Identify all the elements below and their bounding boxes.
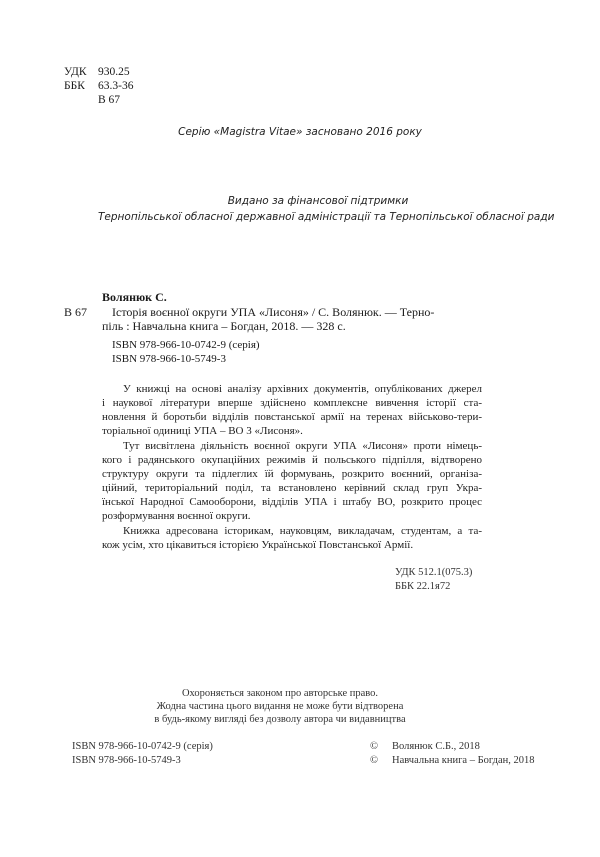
- author-mark-row: В 67: [64, 93, 133, 107]
- annotation-line: Тут висвітлена діяльність воєнної округи…: [123, 439, 482, 453]
- copyright-notice-line-3: в будь-якому вигляді без дозволу автора …: [130, 713, 430, 726]
- support-note-line-2: Тернопільської обласної державної адміні…: [98, 209, 538, 225]
- bbk-value: 63.3-36: [98, 79, 133, 93]
- copyright-notice: Охороняється законом про авторське право…: [130, 687, 430, 726]
- bottom-isbn-series: ISBN 978-966-10-0742-9 (серія): [72, 740, 213, 754]
- copyright-author: Волянюк С.Б., 2018: [392, 741, 480, 752]
- bottom-copyright-block: ©Волянюк С.Б., 2018 ©Навчальна книга – Б…: [370, 740, 535, 768]
- copyright-publisher-row: ©Навчальна книга – Богдан, 2018: [370, 754, 535, 768]
- copyright-notice-line-1: Охороняється законом про авторське право…: [130, 687, 430, 700]
- bottom-isbn-block: ISBN 978-966-10-0742-9 (серія) ISBN 978-…: [72, 740, 213, 768]
- copyright-icon: ©: [370, 754, 392, 768]
- support-note-line-1: Видано за фінансової підтримки: [118, 193, 518, 209]
- annotation-line: кого і радянського окупаційних режимів й…: [102, 453, 482, 467]
- support-note: Видано за фінансової підтримки Тернопіль…: [118, 193, 518, 225]
- udk-label: УДК: [64, 65, 98, 79]
- bbk-label: ББК: [64, 79, 98, 93]
- annotation-line: Книжка адресована історикам, науковцям, …: [123, 524, 482, 538]
- annotation-line: ційний, територіальний поділ, та встанов…: [102, 481, 482, 495]
- bib-author: Волянюк С.: [102, 290, 167, 305]
- series-note: Серію «Magistra Vitae» засновано 2016 ро…: [0, 126, 600, 138]
- bib-isbn-series: ISBN 978-966-10-0742-9 (серія): [112, 338, 260, 352]
- bib-author-mark: В 67: [64, 305, 87, 320]
- copyright-icon: ©: [370, 740, 392, 754]
- annotation-line: розформування воєнної округи.: [102, 509, 482, 523]
- annotation-line: і наукової літератури вперше здійснено к…: [102, 396, 482, 410]
- bbk-row: ББК 63.3-36: [64, 79, 133, 93]
- udk-bbk-right: УДК 512.1(075.3) ББК 22.1я72: [395, 566, 472, 594]
- bib-title-line-1: Історія воєнної округи УПА «Лисоня» / С.…: [112, 305, 434, 320]
- udk-value: 930.25: [98, 65, 130, 79]
- copyright-notice-line-2: Жодна частина цього видання не може бути…: [130, 700, 430, 713]
- udk-row: УДК 930.25: [64, 65, 133, 79]
- annotation-line: їнської Народної Самооборони, відділів У…: [102, 495, 482, 509]
- annotation-line: новлення й боротьби відділів повстансько…: [102, 410, 482, 424]
- copyright-publisher: Навчальна книга – Богдан, 2018: [392, 755, 535, 766]
- annotation-line: торіальної одиниці УПА – ВО 3 «Лисоня».: [102, 424, 482, 438]
- bib-isbn-block: ISBN 978-966-10-0742-9 (серія) ISBN 978-…: [112, 338, 260, 366]
- annotation-line: У книжці на основі аналізу архівних доку…: [123, 382, 482, 396]
- copyright-author-row: ©Волянюк С.Б., 2018: [370, 740, 535, 754]
- annotation-line: структуру округи та підлеглих їй формува…: [102, 467, 482, 481]
- annotation-line: кож усім, хто цікавиться історією Україн…: [102, 538, 482, 552]
- bib-isbn-book: ISBN 978-966-10-5749-3: [112, 352, 260, 366]
- bottom-isbn-book: ISBN 978-966-10-5749-3: [72, 754, 213, 768]
- classification-block: УДК 930.25 ББК 63.3-36 В 67: [64, 65, 133, 107]
- bbk-right: ББК 22.1я72: [395, 580, 472, 594]
- bib-title-line-2: піль : Навчальна книга – Богдан, 2018. —…: [102, 319, 346, 334]
- udk-right: УДК 512.1(075.3): [395, 566, 472, 580]
- author-mark: В 67: [98, 93, 120, 107]
